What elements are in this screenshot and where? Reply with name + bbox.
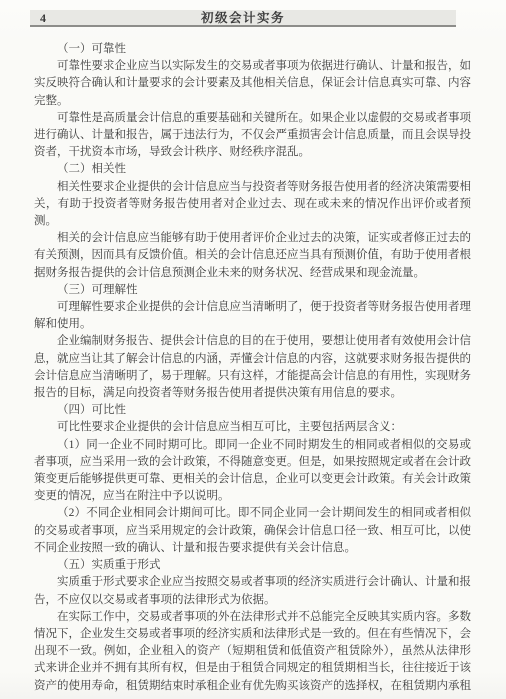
body-paragraph: 可靠性是高质量会计信息的重要基础和关键所在。如果企业以虚假的交易或者事项进行确认… bbox=[34, 110, 471, 162]
body-paragraph: 相关的会计信息应当能够有助于使用者评价企业过去的决策，证实或者修正过去的有关预测… bbox=[34, 230, 471, 282]
book-page: 4 初级会计实务 （一）可靠性 可靠性要求企业应当以实际发生的交易或者事项为依据… bbox=[0, 0, 506, 699]
page-number: 4 bbox=[40, 10, 46, 26]
section-heading: （一）可靠性 bbox=[34, 41, 471, 58]
page-header: 4 初级会计实务 bbox=[30, 10, 456, 27]
header-title: 初级会计实务 bbox=[30, 10, 456, 26]
body-paragraph: 可比性要求企业提供的会计信息应当相互可比，主要包括两层含义： bbox=[34, 419, 471, 436]
section-heading: （三）可理解性 bbox=[34, 282, 471, 299]
section-heading: （二）相关性 bbox=[34, 161, 471, 178]
page-body: （一）可靠性 可靠性要求企业应当以实际发生的交易或者事项为依据进行确认、计量和报… bbox=[34, 41, 471, 695]
section-heading: （四）可比性 bbox=[34, 402, 471, 419]
list-item-paragraph: （1）同一企业不同时期可比。即同一企业不同时期发生的相同或者相似的交易或者事项，… bbox=[34, 437, 471, 506]
list-item-paragraph: （2）不同企业相同会计期间可比。即不同企业同一会计期间发生的相同或者相似的交易或… bbox=[34, 505, 471, 557]
body-paragraph: 可理解性要求企业提供的会计信息应当清晰明了，便于投资者等财务报告使用者理解和使用… bbox=[34, 299, 471, 333]
body-paragraph: 在实际工作中，交易或者事项的外在法律形式并不总能完全反映其实质内容。多数情况下，… bbox=[34, 609, 471, 695]
body-paragraph: 企业编制财务报告、提供会计信息的目的在于使用，要想让使用者有效使用会计信息，就应… bbox=[34, 333, 471, 402]
section-heading: （五）实质重于形式 bbox=[34, 557, 471, 574]
body-paragraph: 可靠性要求企业应当以实际发生的交易或者事项为依据进行确认、计量和报告，如实反映符… bbox=[34, 58, 471, 110]
body-paragraph: 实质重于形式要求企业应当按照交易或者事项的经济实质进行会计确认、计量和报告，不应… bbox=[34, 574, 471, 608]
body-paragraph: 相关性要求企业提供的会计信息应当与投资者等财务报告使用者的经济决策需要相关，有助… bbox=[34, 179, 471, 231]
